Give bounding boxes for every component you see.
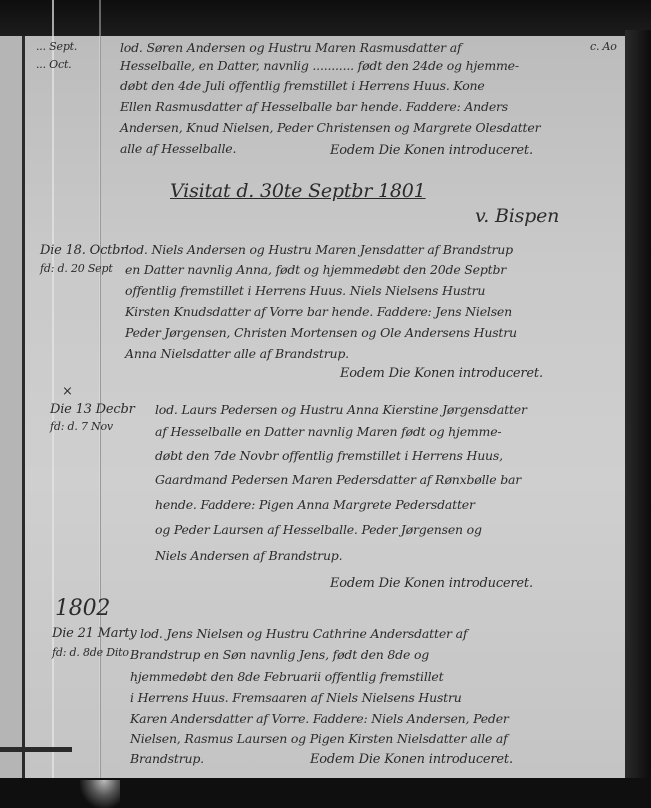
entry-line: Hesselballe, en Datter, navnlig ........… [120, 58, 519, 73]
entry-closing: Eodem Die Konen introduceret. [330, 143, 533, 158]
entry-line: lod. Søren Andersen og Hustru Maren Rasm… [120, 40, 461, 55]
margin-note: ... Sept. [36, 40, 77, 53]
entry-closing: Eodem Die Konen introduceret. [310, 752, 513, 767]
entry-line: lod. Jens Nielsen og Hustru Cathrine And… [140, 626, 467, 641]
margin-note: ... Oct. [36, 58, 71, 71]
margin-birth-date: fd: d. 8de Dito [52, 646, 129, 659]
entry-closing: Eodem Die Konen introduceret. [340, 366, 543, 381]
entry-line: i Herrens Huus. Fremsaaren af Niels Niel… [130, 690, 462, 705]
light-glare [80, 780, 120, 808]
entry-line: Ellen Rasmusdatter af Hesselballe bar he… [120, 99, 508, 114]
margin-cross-mark [0, 747, 72, 752]
heading-note: v. Bispen [475, 205, 559, 227]
film-right-border [625, 30, 651, 790]
entry-line: døbt den 4de Juli offentlig fremstillet … [120, 78, 485, 93]
margin-date: Die 13 Decbr [50, 402, 135, 417]
entry-line: alle af Hesselballe. [120, 141, 236, 156]
entry-line: offentlig fremstillet i Herrens Huus. Ni… [125, 283, 485, 298]
entry-line: Peder Jørgensen, Christen Mortensen og O… [125, 325, 517, 340]
previous-page-edge [0, 36, 25, 778]
entry-line: døbt den 7de Novbr offentlig fremstillet… [155, 448, 503, 463]
cross-marker: × [62, 384, 73, 399]
entry-line: en Datter navnlig Anna, født og hjemmedø… [125, 262, 506, 277]
entry-line: Andersen, Knud Nielsen, Peder Christense… [120, 120, 540, 135]
margin-date: Die 21 Marty [52, 626, 137, 641]
entry-line: Karen Andersdatter af Vorre. Faddere: Ni… [130, 711, 509, 726]
microfilm-scan: ... Sept. ... Oct. c. Ao lod. Søren Ande… [0, 0, 651, 808]
year-marker: 1802 [55, 596, 110, 621]
entry-closing: Eodem Die Konen introduceret. [330, 576, 533, 591]
entry-line: Nielsen, Rasmus Laursen og Pigen Kirsten… [130, 731, 508, 746]
film-top-border [0, 0, 651, 36]
margin-date: Die 18. Octbr [40, 243, 126, 258]
margin-birth-date: fd: d. 20 Sept [40, 262, 113, 275]
entry-line: hende. Faddere: Pigen Anna Margrete Pede… [155, 497, 475, 512]
entry-line: Brandstrup en Søn navnlig Jens, født den… [130, 647, 429, 662]
entry-line: Anna Nielsdatter alle af Brandstrup. [125, 346, 349, 361]
fold-line [52, 0, 54, 778]
entry-line: Niels Andersen af Brandstrup. [155, 548, 342, 563]
entry-line: og Peder Laursen af Hesselballe. Peder J… [155, 522, 482, 537]
entry-line: Gaardmand Pedersen Maren Pedersdatter af… [155, 472, 521, 487]
entry-line: lod. Laurs Pedersen og Hustru Anna Kiers… [155, 402, 527, 417]
entry-line: lod. Niels Andersen og Hustru Maren Jens… [125, 242, 513, 257]
entry-line: Brandstrup. [130, 751, 204, 766]
corner-mark: c. Ao [590, 40, 617, 53]
entry-line: hjemmedøbt den 8de Februarii offentlig f… [130, 669, 443, 684]
entry-line: af Hesselballe en Datter navnlig Maren f… [155, 424, 501, 439]
entry-line: Kirsten Knudsdatter af Vorre bar hende. … [125, 304, 512, 319]
margin-birth-date: fd: d. 7 Nov [50, 420, 113, 433]
visitation-heading: Visitat d. 30te Septbr 1801 [170, 180, 426, 202]
